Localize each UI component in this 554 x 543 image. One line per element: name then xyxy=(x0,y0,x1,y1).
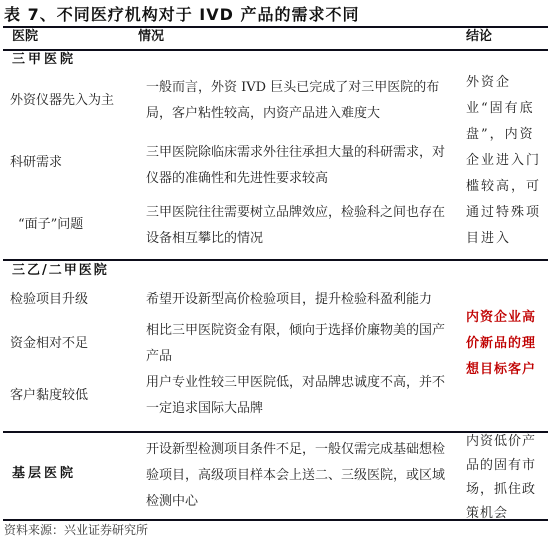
row-situation: 三甲医院往往需要树立品牌效应，检验科之间也存在设备相互攀比的情况 xyxy=(146,200,446,252)
row-situation: 用户专业性较三甲医院低，对品牌忠诚度不高，并不一定追求国际大品牌 xyxy=(146,370,446,422)
conclusion-tier3a: 外资企业“固有底盘”，内资企业进入门槛较高，可通过特殊项目进入 xyxy=(466,70,546,252)
header-conclusion: 结论 xyxy=(466,24,492,50)
conclusion-tier3b-2a: 内资企业高价新品的理想目标客户 xyxy=(466,305,546,383)
source-note: 资料来源：兴业证券研究所 xyxy=(4,521,148,538)
section-title-tier3b-2a: 三乙/二甲医院 xyxy=(12,258,109,284)
section-title-tier3a: 三甲医院 xyxy=(12,47,76,73)
row-item: “面子”问题 xyxy=(18,212,148,238)
row-situation: 相比三甲医院资金有限，倾向于选择价廉物美的国产产品 xyxy=(146,318,446,370)
row-item: 科研需求 xyxy=(10,150,140,176)
section-title-primary: 基层医院 xyxy=(12,461,76,487)
header-situation: 情况 xyxy=(138,24,164,50)
row-situation: 一般而言，外资 IVD 巨头已完成了对三甲医院的布局，客户粘性较高，内资产品进入… xyxy=(146,75,446,127)
row-situation: 希望开设新型高价检验项目，提升检验科盈利能力 xyxy=(146,287,456,313)
conclusion-primary: 内资低价产品的固有市场，抓住政策机会 xyxy=(466,430,546,526)
row-item: 客户黏度较低 xyxy=(10,383,140,409)
row-item: 外资仪器先入为主 xyxy=(10,88,140,114)
row-situation: 三甲医院除临床需求外往往承担大量的科研需求，对仪器的准确性和先进性要求较高 xyxy=(146,140,446,192)
table-title: 表 7、不同医疗机构对于 IVD 产品的需求不同 xyxy=(4,2,359,25)
row-situation: 开设新型检测项目条件不足，一般仅需完成基础想检验项目，高级项目样本会上送二、三级… xyxy=(146,437,446,515)
row-item: 检验项目升级 xyxy=(10,287,140,313)
row-item: 资金相对不足 xyxy=(10,331,140,357)
